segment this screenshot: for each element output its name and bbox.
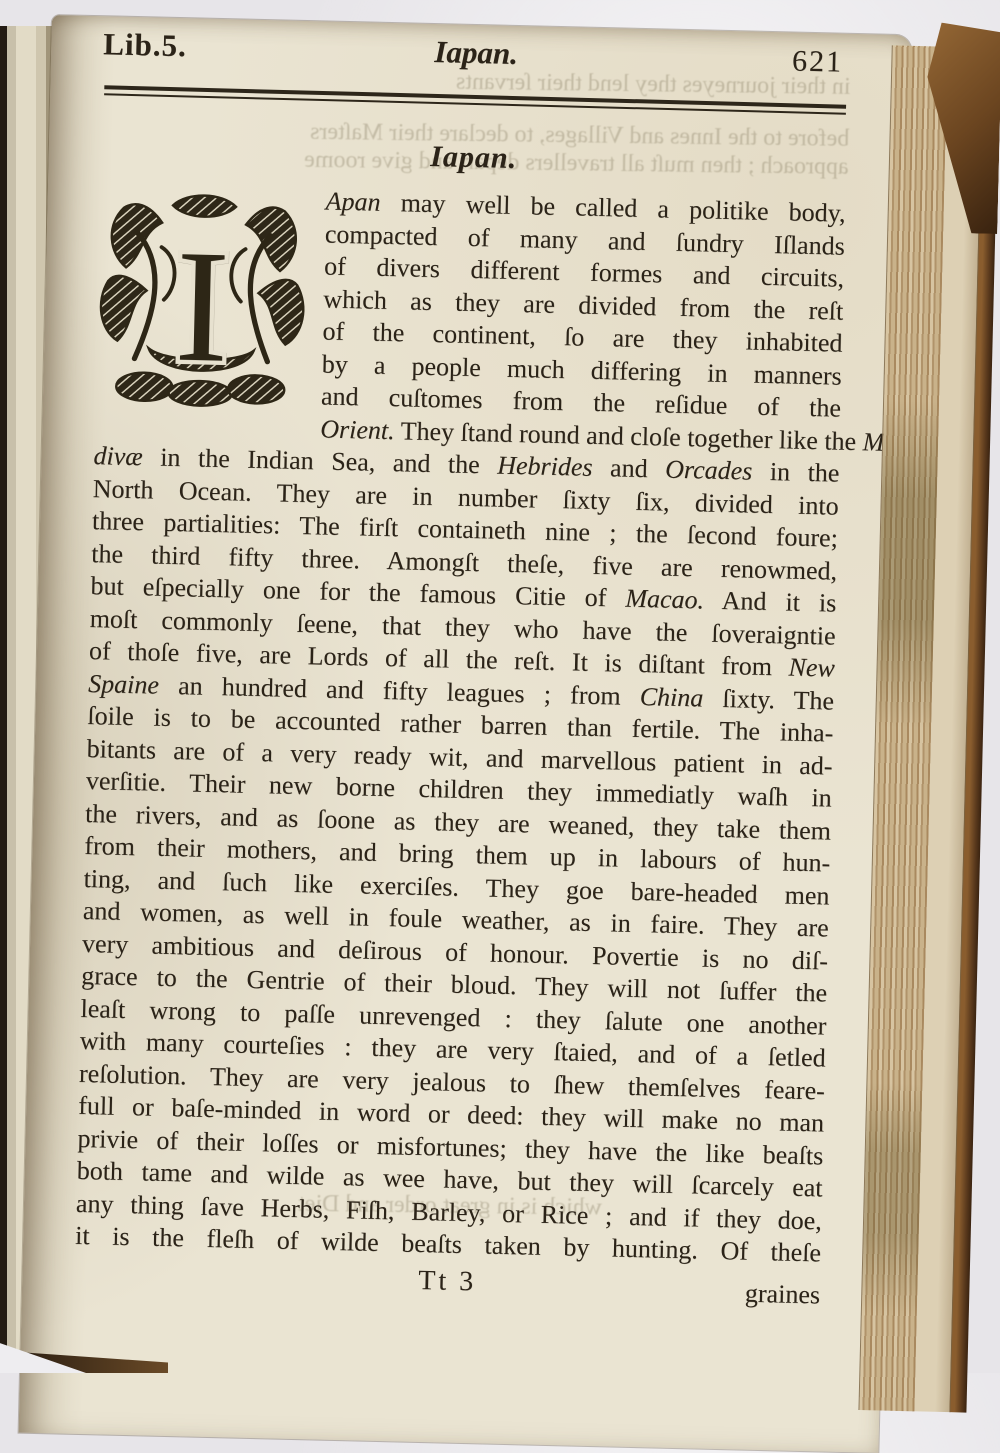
header-rule xyxy=(104,85,846,114)
book-page: in their journeyes they lend their ſerva… xyxy=(19,15,912,1373)
initial-letter: I xyxy=(173,217,231,396)
decorated-initial: I xyxy=(95,186,310,415)
running-title: Iapan. xyxy=(323,31,630,74)
catchword: graines xyxy=(745,1278,821,1310)
body-text: I Apan may well be called a politike bod… xyxy=(75,180,846,1270)
page-content: Lib.5. Iapan. 621 Iapan. xyxy=(22,15,912,1317)
book-part-label: Lib.5. xyxy=(103,26,324,67)
page-number: 621 xyxy=(629,41,850,80)
woodcut-initial-icon: I xyxy=(95,186,310,415)
section-title: Iapan. xyxy=(100,132,847,184)
page-header: Lib.5. Iapan. 621 xyxy=(103,26,850,92)
